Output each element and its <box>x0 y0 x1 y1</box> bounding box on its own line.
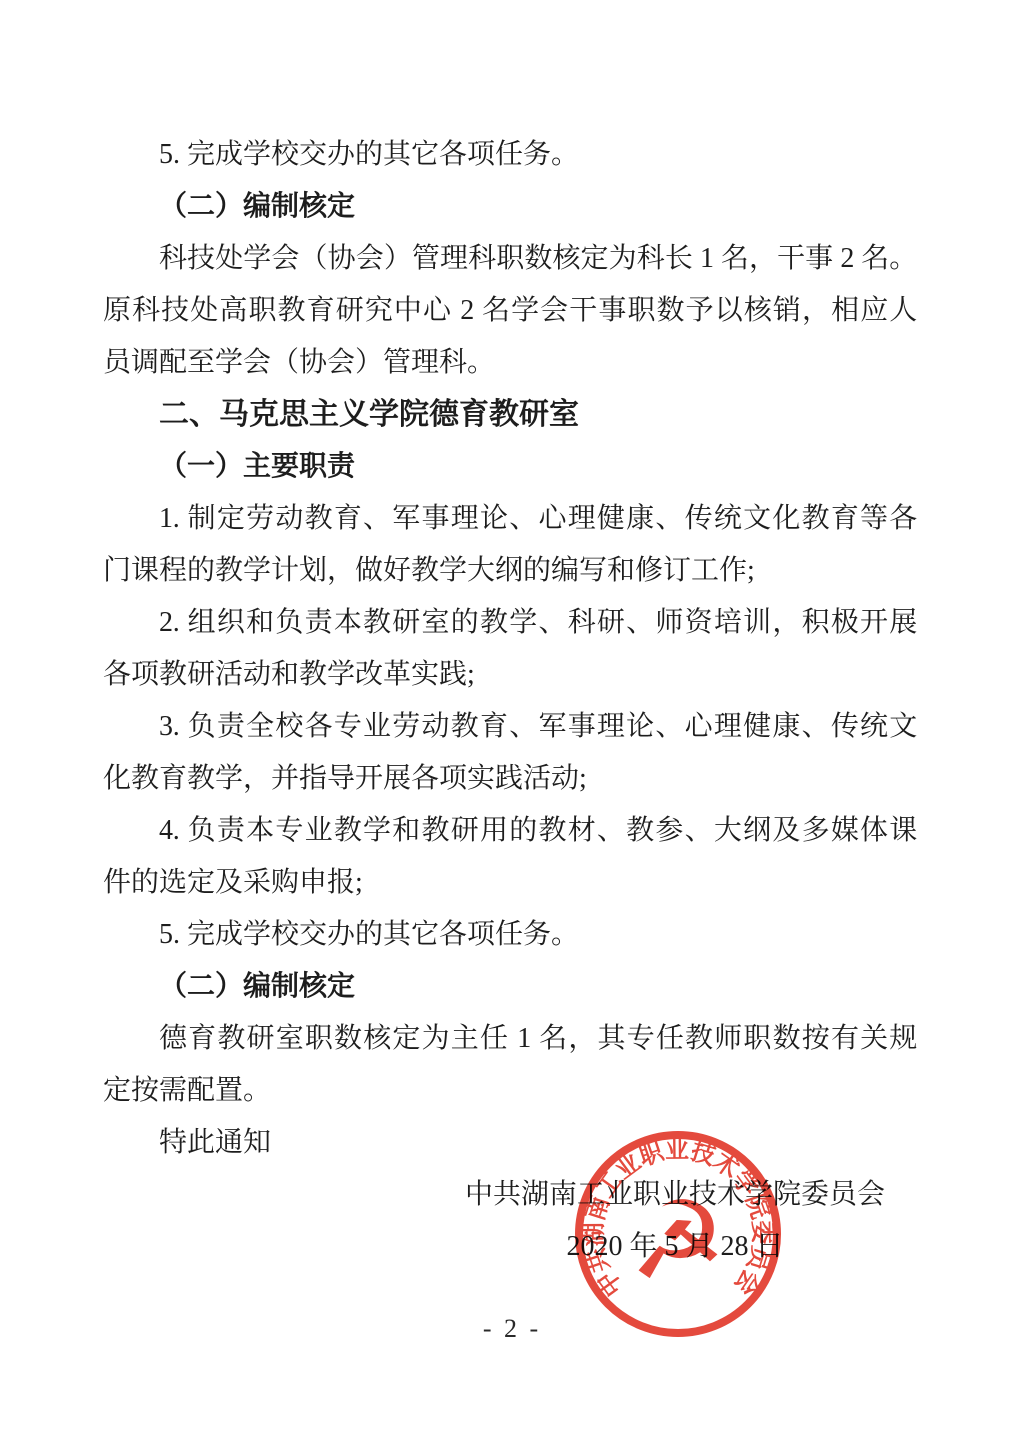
body-line: 件的选定及采购申报; <box>103 857 917 909</box>
document-page: 5. 完成学校交办的其它各项任务。（二）编制核定科技处学会（协会）管理科职数核定… <box>0 0 1024 1454</box>
body-line: 3. 负责全校各专业劳动教育、军事理论、心理健康、传统文 <box>103 701 917 753</box>
signature-date: 2020 年 5 月 28 日 <box>103 1221 917 1273</box>
body-line: 原科技处高职教育研究中心 2 名学会干事职数予以核销，相应人 <box>103 285 917 337</box>
page-number: - 2 - <box>0 1303 1024 1355</box>
subsection-heading: （二）编制核定 <box>103 181 917 233</box>
body-line: 科技处学会（协会）管理科职数核定为科长 1 名，干事 2 名。 <box>103 233 917 285</box>
body-line: 定按需配置。 <box>103 1065 917 1117</box>
body-line: 各项教研活动和教学改革实践; <box>103 649 917 701</box>
body-line: 化教育教学，并指导开展各项实践活动; <box>103 753 917 805</box>
body-line: 5. 完成学校交办的其它各项任务。 <box>103 909 917 961</box>
signature-committee: 中共湖南工业职业技术学院委员会 <box>103 1169 917 1221</box>
body-line: 员调配至学会（协会）管理科。 <box>103 337 917 389</box>
body-line: 5. 完成学校交办的其它各项任务。 <box>103 129 917 181</box>
body-line: 门课程的教学计划，做好教学大纲的编写和修订工作; <box>103 545 917 597</box>
body-line: 4. 负责本专业教学和教研用的教材、教参、大纲及多媒体课 <box>103 805 917 857</box>
body-line: 德育教研室职数核定为主任 1 名，其专任教师职数按有关规 <box>103 1013 917 1065</box>
section-heading: 二、马克思主义学院德育教研室 <box>103 389 917 441</box>
body-line: 特此通知 <box>103 1117 917 1169</box>
subsection-heading: （一）主要职责 <box>103 441 917 493</box>
document-content: 5. 完成学校交办的其它各项任务。（二）编制核定科技处学会（协会）管理科职数核定… <box>103 129 917 1273</box>
subsection-heading: （二）编制核定 <box>103 961 917 1013</box>
body-line: 2. 组织和负责本教研室的教学、科研、师资培训，积极开展 <box>103 597 917 649</box>
body-line: 1. 制定劳动教育、军事理论、心理健康、传统文化教育等各 <box>103 493 917 545</box>
document-body-lines: 5. 完成学校交办的其它各项任务。（二）编制核定科技处学会（协会）管理科职数核定… <box>103 129 917 1169</box>
